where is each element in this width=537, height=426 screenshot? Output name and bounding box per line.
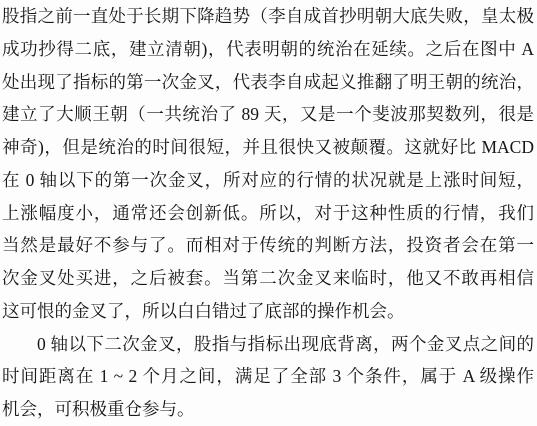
text-line: 次金叉处买进，之后被套。当第二次金叉来临时，他又不敢再相信 [2,262,534,295]
paragraph-2: 0 轴以下二次金叉，股指与指标出现底背离，两个金叉点之间的 时间距离在 1 ~ … [2,328,534,426]
text-line: 建立了大顺王朝（一共统治了 89 天，又是一个斐波那契数列，很是 [2,98,534,131]
document-page: 股指之前一直处于长期下降趋势（李自成首抄明朝大底失败，皇太极 成功抄得二底，建立… [0,0,537,426]
text-line: 在 0 轴以下的第一次金叉，所对应的行情的状况就是上涨时间短， [2,164,534,197]
text-line: 成功抄得二底，建立清朝)，代表明朝的统治在延续。之后在图中 A [2,33,534,66]
text-line: 当然是最好不参与了。而相对于传统的判断方法，投资者会在第一 [2,229,534,262]
text-line: 这可恨的金叉了，所以白白错过了底部的操作机会。 [2,295,534,328]
text-line: 0 轴以下二次金叉，股指与指标出现底背离，两个金叉点之间的 [2,328,534,361]
text-line: 机会，可积极重仓参与。 [2,393,534,426]
text-line: 神奇)，但是统治的时间很短，并且很快又被颠覆。这就好比 MACD [2,131,534,164]
text-line: 上涨幅度小，通常还会创新低。所以，对于这种性质的行情，我们 [2,197,534,230]
text-line: 处出现了指标的第一次金叉，代表李自成起义推翻了明王朝的统治， [2,66,534,99]
text-line: 股指之前一直处于长期下降趋势（李自成首抄明朝大底失败，皇太极 [2,0,534,33]
text-line: 时间距离在 1 ~ 2 个月之间，满足了全部 3 个条件，属于 A 级操作 [2,360,534,393]
paragraph-1: 股指之前一直处于长期下降趋势（李自成首抄明朝大底失败，皇太极 成功抄得二底，建立… [2,0,534,328]
